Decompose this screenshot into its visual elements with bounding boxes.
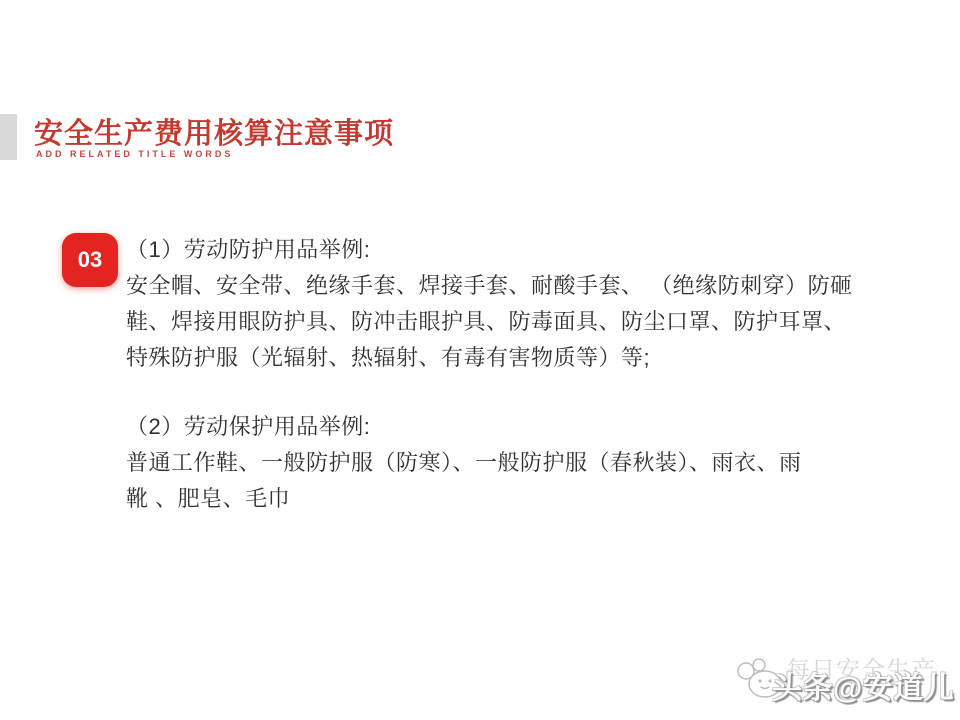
section-1-line: 特殊防护服（光辐射、热辐射、有毒有害物质等）等; xyxy=(126,340,918,376)
watermark-main-text: 头条@安道儿 xyxy=(772,663,954,707)
presentation-slide: 安全生产费用核算注意事项 ADD RELATED TITLE WORDS 03 … xyxy=(0,0,960,720)
section-2-line: （2）劳动保护用品举例: xyxy=(126,409,918,445)
page-title: 安全生产费用核算注意事项 xyxy=(34,111,394,152)
section-1-line: 鞋、焊接用眼防护具、防冲击眼护具、防毒面具、防尘口罩、防护耳罩、 xyxy=(126,304,918,340)
page-subtitle: ADD RELATED TITLE WORDS xyxy=(36,149,233,159)
section-2-line: 靴 、肥皂、毛巾 xyxy=(126,481,918,517)
section-1-line: （1）劳动防护用品举例: xyxy=(126,232,918,268)
title-accent-bar xyxy=(0,114,17,160)
section-2-text: （2）劳动保护用品举例: 普通工作鞋、一般防护服（防寒）、一般防护服（春秋装）、… xyxy=(126,409,918,517)
section-1-line: 安全帽、安全带、绝缘手套、焊接手套、耐酸手套、 （绝缘防刺穿）防砸 xyxy=(126,268,918,304)
section-1-text: （1）劳动防护用品举例: 安全帽、安全带、绝缘手套、焊接手套、耐酸手套、 （绝缘… xyxy=(126,232,918,376)
section-number-badge: 03 xyxy=(62,233,118,287)
section-2-line: 普通工作鞋、一般防护服（防寒）、一般防护服（春秋装）、雨衣、雨 xyxy=(126,445,918,481)
